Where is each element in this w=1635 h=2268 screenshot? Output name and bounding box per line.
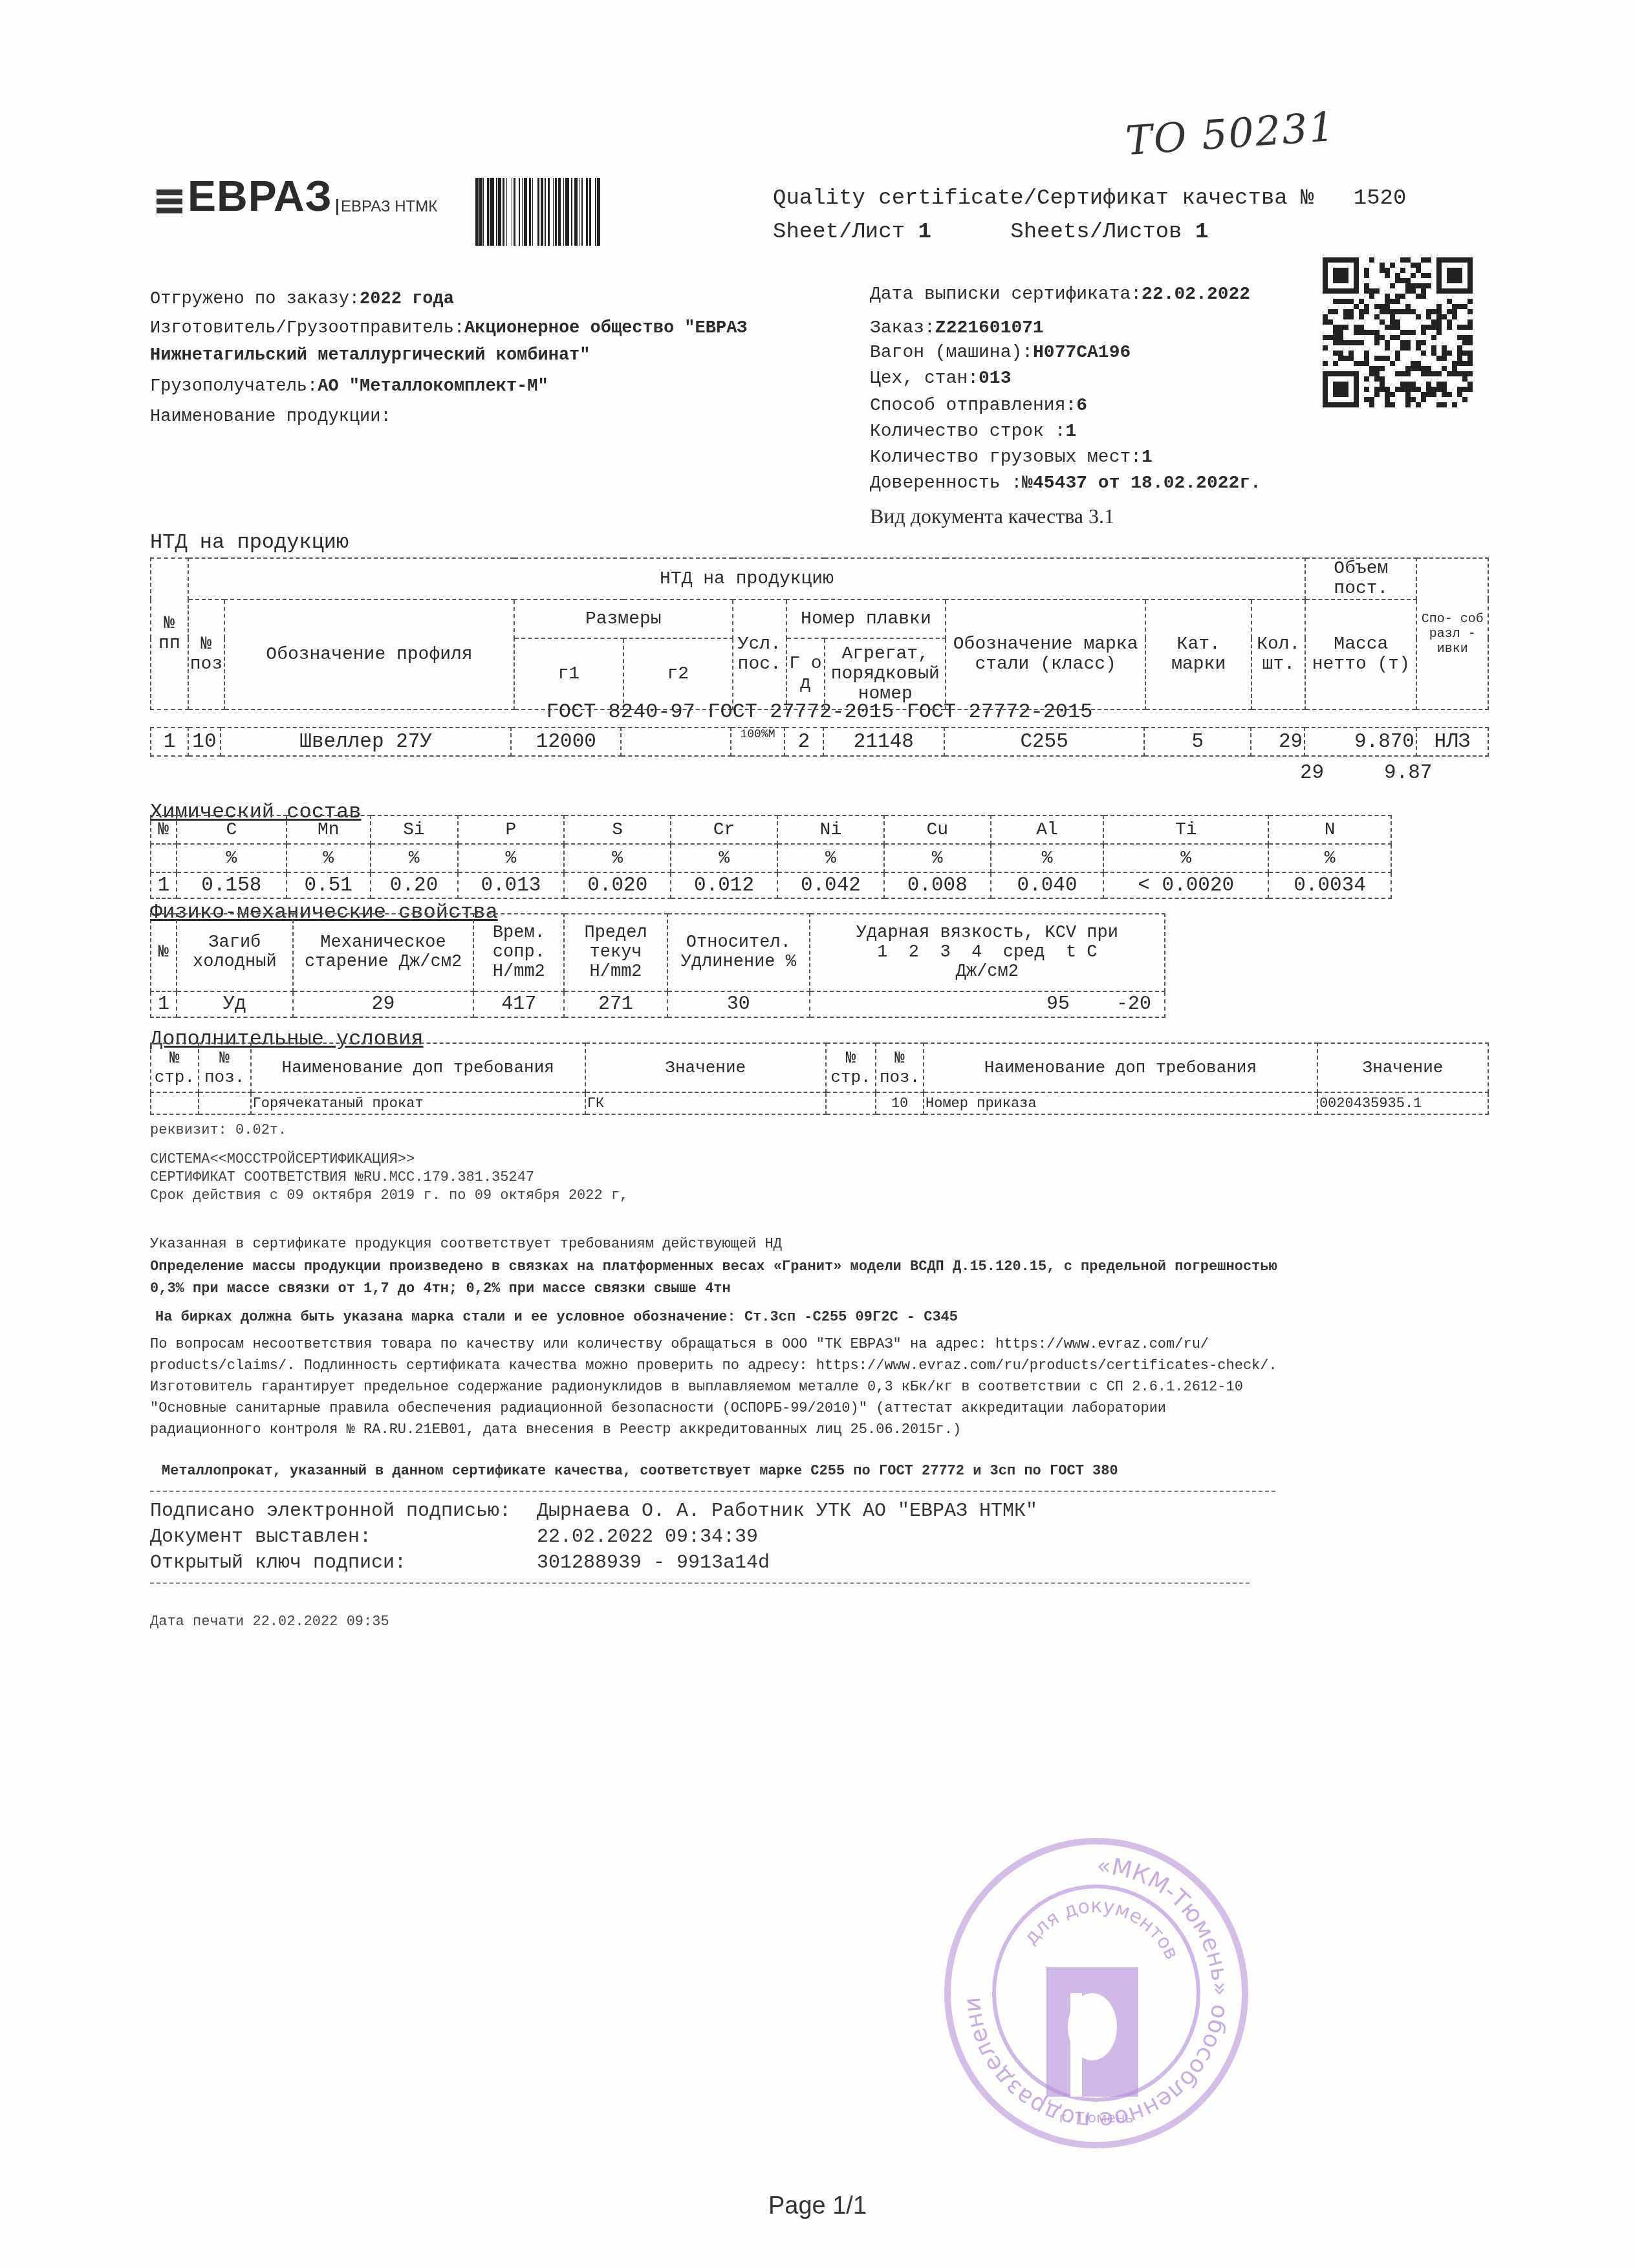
divider: [150, 1491, 1275, 1492]
row-no: 1: [151, 872, 177, 898]
value-cr: 0.012: [671, 872, 777, 898]
col-usl-pos: Усл. пос.: [733, 599, 786, 709]
proxy: Доверенность :№45437 от 18.02.2022г.: [870, 473, 1261, 493]
manufacturer-line-2: Нижнетагильский металлургический комбина…: [150, 346, 590, 366]
logo-sub-text: ЕВРАЗ НТМК: [336, 199, 437, 215]
divider: [150, 1582, 1250, 1584]
dispatch-method: Способ отправления:6: [870, 396, 1087, 416]
additional-table: № стр. № поз. Наименование доп требовани…: [150, 1042, 1489, 1115]
col-melt: Номер плавки: [786, 599, 946, 638]
unit-percent: %: [991, 844, 1104, 872]
col-ntd-group: НТД на продукцию: [188, 558, 1305, 599]
svg-text:г. Тюмень: г. Тюмень: [1059, 2110, 1134, 2126]
order-number: Заказ:Z221601071: [870, 318, 1044, 338]
value-s: 0.020: [564, 872, 671, 898]
weighing-note-1: Определение массы продукции произведено …: [150, 1256, 1277, 1277]
col-p: P: [458, 815, 565, 844]
rekvizit: реквизит: 0.02т.: [150, 1122, 287, 1138]
unit-percent: %: [458, 844, 565, 872]
table-row: 1 Уд 29 417 271 30 95 -20: [151, 991, 1165, 1017]
barcode-icon: [475, 178, 728, 246]
claims-line-2: products/claims/. Подлинность сертификат…: [150, 1355, 1277, 1376]
qr-code-icon: [1323, 257, 1473, 407]
consignee-line: Грузополучатель:АО "Металлокомплект-М": [150, 377, 548, 397]
value-si: 0.20: [371, 872, 458, 898]
col-c: C: [177, 815, 287, 844]
unit-percent: %: [287, 844, 371, 872]
value-ti: < 0.0020: [1103, 872, 1268, 898]
tags-note: На бирках должна быть указана марка стал…: [155, 1306, 958, 1328]
claims-line-3: Изготовитель гарантирует предельное соде…: [150, 1376, 1243, 1398]
col-ti: Ti: [1103, 815, 1268, 844]
col-no: №: [151, 815, 177, 844]
unit-percent: %: [777, 844, 884, 872]
svg-text:для документов: для документов: [1019, 1895, 1184, 1963]
value-al: 0.040: [991, 872, 1104, 898]
certificate-title: Quality certificate/Сертификат качества …: [773, 186, 1406, 211]
unit-percent: %: [371, 844, 458, 872]
cert-system: СИСТЕМА<<МОССТРОЙСЕРТИФИКАЦИЯ>>: [150, 1151, 415, 1167]
table-row: 1 10 Швеллер 27У 12000 100%М 2 21148 С25…: [151, 728, 1488, 756]
ntd-data-table: 1 10 Швеллер 27У 12000 100%М 2 21148 С25…: [150, 727, 1489, 757]
signed-by: Подписано электронной подписью:Дырнаева …: [150, 1500, 1037, 1522]
places-count: Количество грузовых мест:1: [870, 448, 1153, 468]
col-cat: Кат. марки: [1145, 599, 1251, 709]
claims-line-4: "Основные санитарные правила обеспечения…: [150, 1398, 1166, 1419]
wagon: Вагон (машина):Н077СА196: [870, 343, 1131, 363]
col-sizes: Размеры: [514, 599, 733, 638]
weighing-note-2: 0,3% при массе связки от 1,7 до 4тн; 0,2…: [150, 1278, 731, 1299]
col-aggregate: Агрегат, порядковый номер: [825, 638, 946, 709]
col-ni: Ni: [777, 815, 884, 844]
total-qty: 29: [1300, 762, 1324, 784]
col-s: S: [564, 815, 671, 844]
handwritten-note: ТО 50231: [1124, 103, 1337, 165]
col-steel: Обозначение марка стали (класс): [946, 599, 1145, 709]
product-name-label: Наименование продукции:: [150, 407, 391, 427]
col-year: Г о д: [786, 638, 825, 709]
value-c: 0.158: [177, 872, 287, 898]
compliance-note: Указанная в сертификате продукция соотве…: [150, 1233, 782, 1255]
sheet-info: Sheet/Лист 1 Sheets/Листов 1: [773, 220, 1208, 244]
grade-statement: Металлопрокат, указанный в данном сертиф…: [162, 1460, 1118, 1482]
company-stamp-icon: «МКМ-Тюмень» обособленное подразделениед…: [941, 1838, 1381, 2187]
table-row: Горячекатаный прокат ГК 10 Номер приказа…: [151, 1092, 1488, 1114]
logo-main-text: ЕВРАЗ: [188, 175, 332, 217]
ntd-section-title: НТД на продукцию: [150, 530, 349, 554]
unit-percent: %: [884, 844, 991, 872]
issue-date: Дата выписки сертификата:22.02.2022: [870, 285, 1250, 305]
col-profile: Обозначение профиля: [224, 599, 514, 709]
manufacturer-line: Изготовитель/Грузоотправитель:Акционерно…: [150, 319, 748, 339]
issued-at: Документ выставлен:22.02.2022 09:34:39: [150, 1526, 758, 1548]
col-g1: г1: [514, 638, 623, 709]
shop: Цех, стан:013: [870, 369, 1011, 389]
mechanical-table: № Загиб холодный Механическое старение Д…: [150, 913, 1165, 1018]
unit-percent: %: [177, 844, 287, 872]
col-qty: Кол. шт.: [1251, 599, 1305, 709]
value-mn: 0.51: [287, 872, 371, 898]
public-key: Открытый ключ подписи:301288939 - 9913a1…: [150, 1552, 770, 1574]
table-row: 10.1580.510.200.0130.0200.0120.0420.0080…: [151, 872, 1391, 898]
col-g2: г2: [623, 638, 733, 709]
unit-percent: %: [671, 844, 777, 872]
col-pp: № пп: [151, 558, 188, 709]
validity: Срок действия с 09 октября 2019 г. по 09…: [150, 1187, 628, 1204]
claims-line-5: радиационного контроля № RA.RU.21ЕВ01, д…: [150, 1419, 961, 1440]
logo-bars-icon: [157, 189, 182, 213]
col-packing: Спо- соб разл - ивки: [1416, 558, 1488, 709]
rows-count: Количество строк :1: [870, 422, 1076, 442]
unit-percent: %: [1268, 844, 1391, 872]
claims-line-1: По вопросам несоответствия товара по кач…: [150, 1334, 1209, 1355]
chemistry-table: №CMnSiPSCrNiCuAlTiN %%%%%%%%%%% 10.1580.…: [150, 815, 1392, 899]
order-line: Отгружено по заказу:2022 года: [150, 290, 454, 310]
col-poz: № поз: [188, 599, 224, 709]
col-cr: Cr: [671, 815, 777, 844]
document-type: Вид документа качества 3.1: [870, 504, 1114, 528]
certificate-number: 1520: [1354, 186, 1407, 211]
evraz-logo: ЕВРАЗ ЕВРАЗ НТМК: [157, 175, 437, 217]
page-number: Page 1/1: [0, 2192, 1635, 2220]
value-ni: 0.042: [777, 872, 884, 898]
unit-percent: %: [1103, 844, 1268, 872]
col-mn: Mn: [287, 815, 371, 844]
col-si: Si: [371, 815, 458, 844]
col-mass: Масса нетто (т): [1305, 599, 1416, 709]
conformity-cert: СЕРТИФИКАТ СООТВЕТСТВИЯ №RU.МСС.179.381.…: [150, 1169, 534, 1185]
col-volume: Объем пост.: [1305, 558, 1416, 599]
print-date: Дата печати 22.02.2022 09:35: [150, 1614, 389, 1630]
col-al: Al: [991, 815, 1104, 844]
total-mass: 9.87: [1384, 762, 1432, 784]
unit-percent: %: [564, 844, 671, 872]
value-cu: 0.008: [884, 872, 991, 898]
col-cu: Cu: [884, 815, 991, 844]
value-p: 0.013: [458, 872, 565, 898]
col-n: N: [1268, 815, 1391, 844]
ntd-header-table: № пп НТД на продукцию Объем пост. Спо- с…: [150, 557, 1489, 710]
ntd-gost-line: ГОСТ 8240-97 ГОСТ 27772-2015 ГОСТ 27772-…: [150, 700, 1489, 724]
value-n: 0.0034: [1268, 872, 1391, 898]
